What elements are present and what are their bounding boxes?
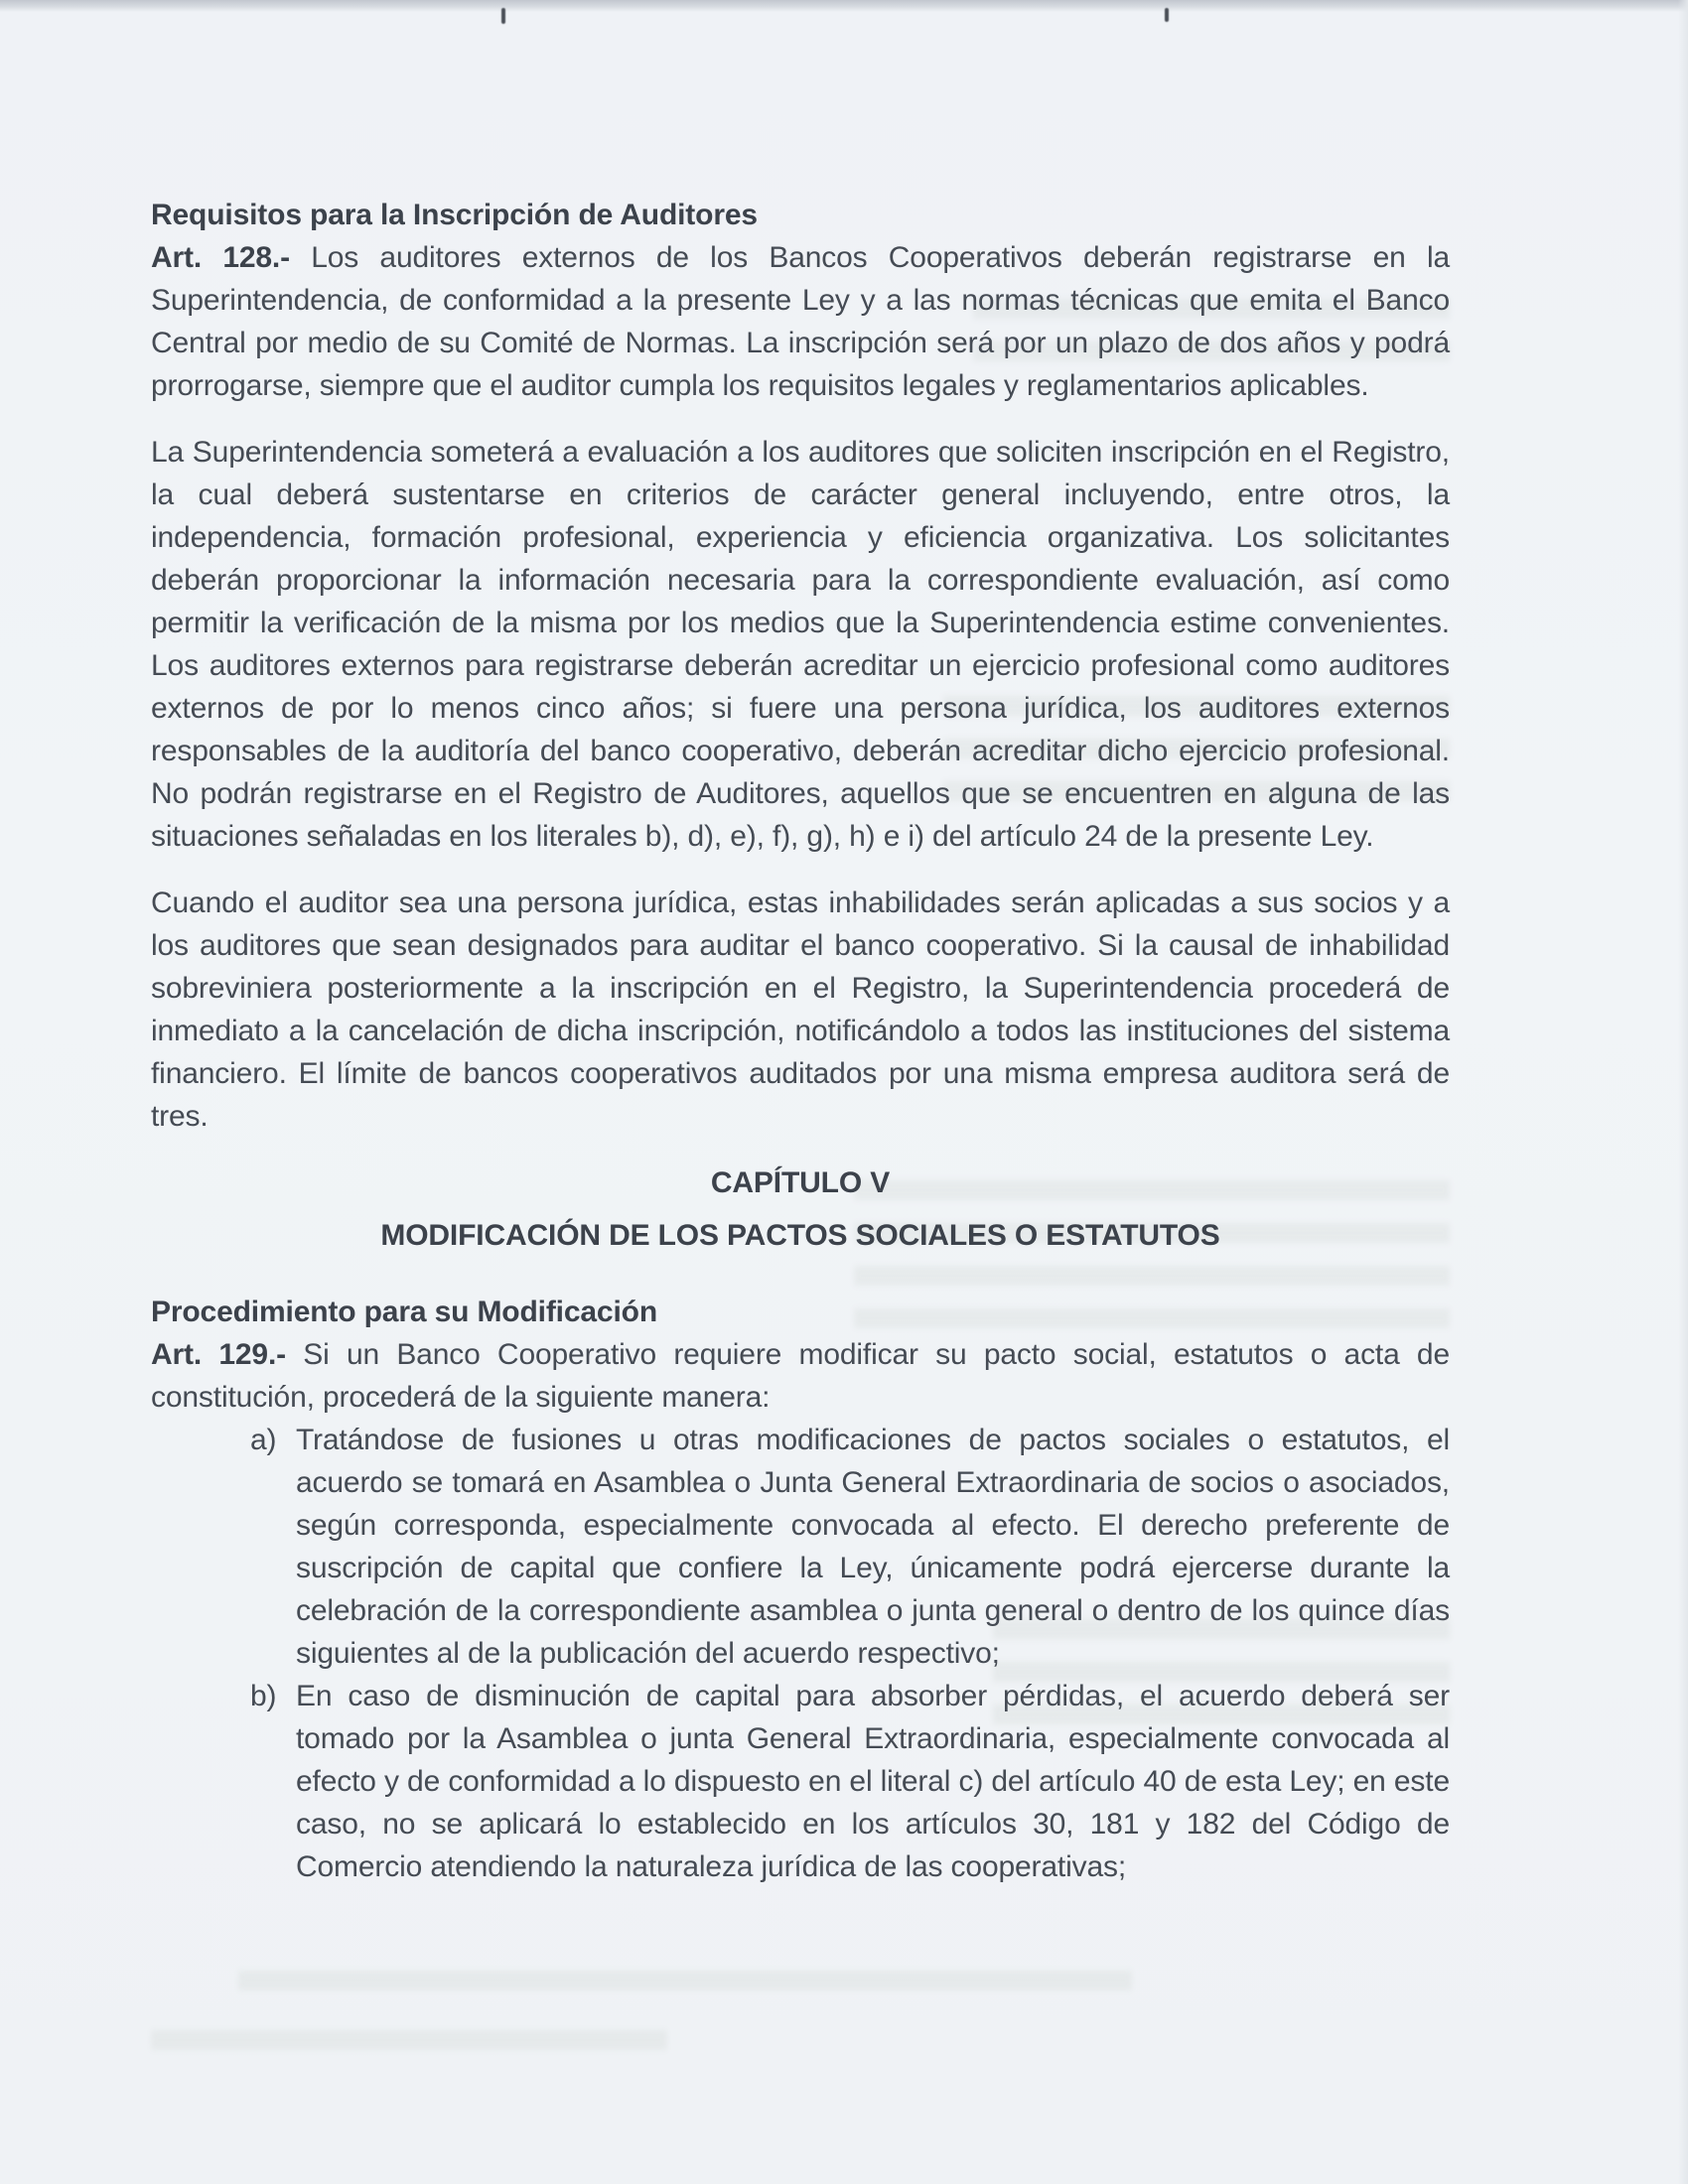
document-body: Requisitos para la Inscripción de Audito…	[151, 194, 1450, 1888]
list-item-b: b)En caso de disminución de capital para…	[151, 1675, 1450, 1888]
section-heading-auditores: Requisitos para la Inscripción de Audito…	[151, 194, 1450, 236]
paragraph-inhabilidades: Cuando el auditor sea una persona jurídi…	[151, 882, 1450, 1138]
article-129-text: Si un Banco Cooperativo requiere modific…	[151, 1338, 1450, 1414]
scanned-legal-document-page: { "colors": { "paper": "#f0f3f6", "ink":…	[0, 0, 1688, 2184]
scan-speck-artifact	[501, 8, 505, 24]
article-128-label: Art. 128.-	[151, 241, 290, 274]
list-text-b: En caso de disminución de capital para a…	[296, 1680, 1450, 1883]
section-heading-procedimiento: Procedimiento para su Modificación	[151, 1291, 1450, 1333]
list-text-a: Tratándose de fusiones u otras modificac…	[296, 1424, 1450, 1670]
article-129-paragraph: Art. 129.- Si un Banco Cooperativo requi…	[151, 1333, 1450, 1419]
scan-speck-artifact	[1165, 8, 1169, 22]
chapter-number: CAPÍTULO V	[151, 1161, 1450, 1204]
chapter-title: MODIFICACIÓN DE LOS PACTOS SOCIALES O ES…	[151, 1214, 1450, 1257]
bleedthrough-artifact	[151, 2017, 667, 2057]
article-128-text: Los auditores externos de los Bancos Coo…	[151, 241, 1450, 402]
list-item-a: a)Tratándose de fusiones u otras modific…	[151, 1419, 1450, 1675]
article-128-paragraph: Art. 128.- Los auditores externos de los…	[151, 236, 1450, 407]
scan-edge-artifact	[1678, 0, 1688, 2184]
article-129-label: Art. 129.-	[151, 1338, 286, 1371]
paragraph-evaluacion: La Superintendencia someterá a evaluació…	[151, 431, 1450, 858]
bleedthrough-artifact	[238, 1958, 1132, 2002]
list-marker-b: b)	[250, 1675, 276, 1717]
scan-edge-artifact	[0, 0, 1688, 12]
list-marker-a: a)	[250, 1419, 276, 1461]
